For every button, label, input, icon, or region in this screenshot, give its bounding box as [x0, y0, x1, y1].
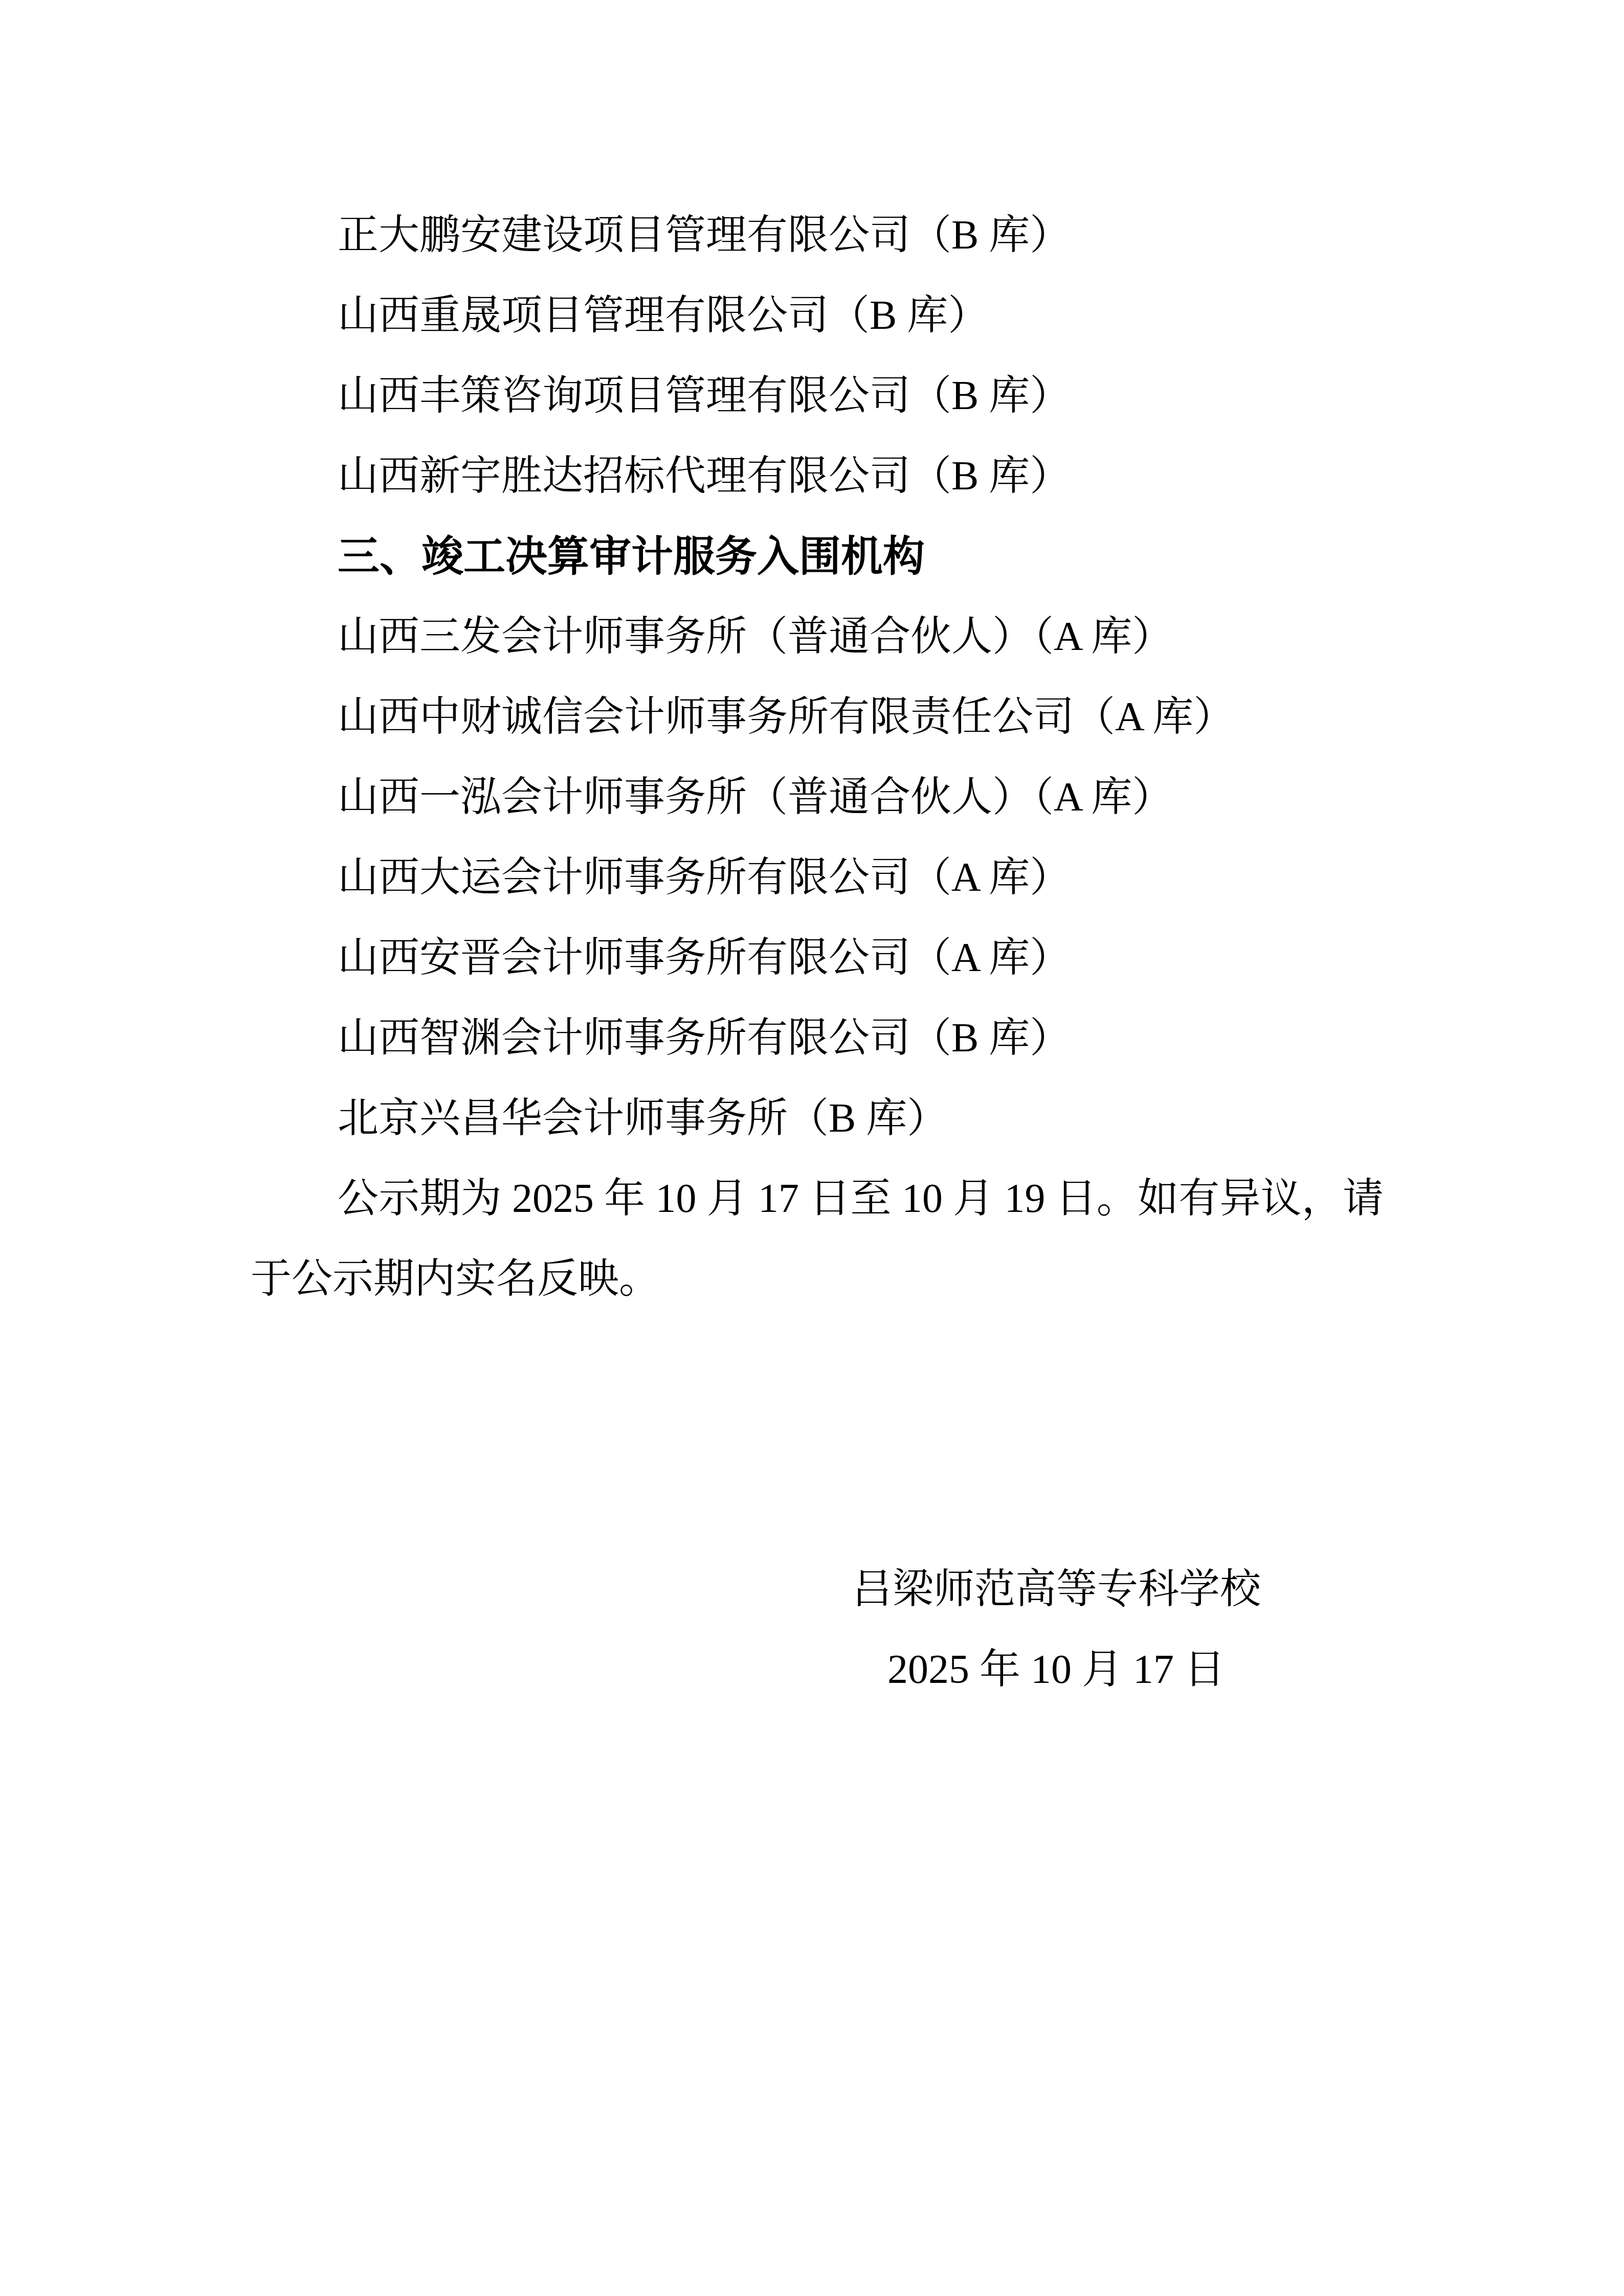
company-list-item: 山西三发会计师事务所（普通合伙人）（A 库）	[251, 597, 1384, 677]
document-page: 正大鹏安建设项目管理有限公司（B 库） 山西重晟项目管理有限公司（B 库） 山西…	[0, 0, 1624, 2296]
company-list-item: 山西大运会计师事务所有限公司（A 库）	[251, 838, 1384, 918]
signature-org: 吕梁师范高等专科学校	[852, 1549, 1261, 1630]
company-list-item: 山西安晋会计师事务所有限公司（A 库）	[251, 918, 1384, 998]
closing-paragraph: 公示期为 2025 年 10 月 17 日至 10 月 19 日。如有异议，请于…	[251, 1159, 1384, 1319]
signature-date: 2025 年 10 月 17 日	[852, 1630, 1261, 1710]
company-list-item: 山西丰策咨询项目管理有限公司（B 库）	[251, 356, 1384, 436]
company-list-item: 山西重晟项目管理有限公司（B 库）	[251, 276, 1384, 356]
company-list-item: 山西新宇胜达招标代理有限公司（B 库）	[251, 436, 1384, 516]
section-heading: 三、竣工决算审计服务入围机构	[251, 516, 1384, 597]
company-list-item: 山西中财诚信会计师事务所有限责任公司（A 库）	[251, 677, 1384, 757]
company-list-item: 北京兴昌华会计师事务所（B 库）	[251, 1078, 1384, 1159]
company-list-item: 山西智渊会计师事务所有限公司（B 库）	[251, 998, 1384, 1078]
company-list-item: 正大鹏安建设项目管理有限公司（B 库）	[251, 195, 1384, 276]
signature-block: 吕梁师范高等专科学校 2025 年 10 月 17 日	[852, 1549, 1261, 1710]
company-list-item: 山西一泓会计师事务所（普通合伙人）（A 库）	[251, 757, 1384, 838]
